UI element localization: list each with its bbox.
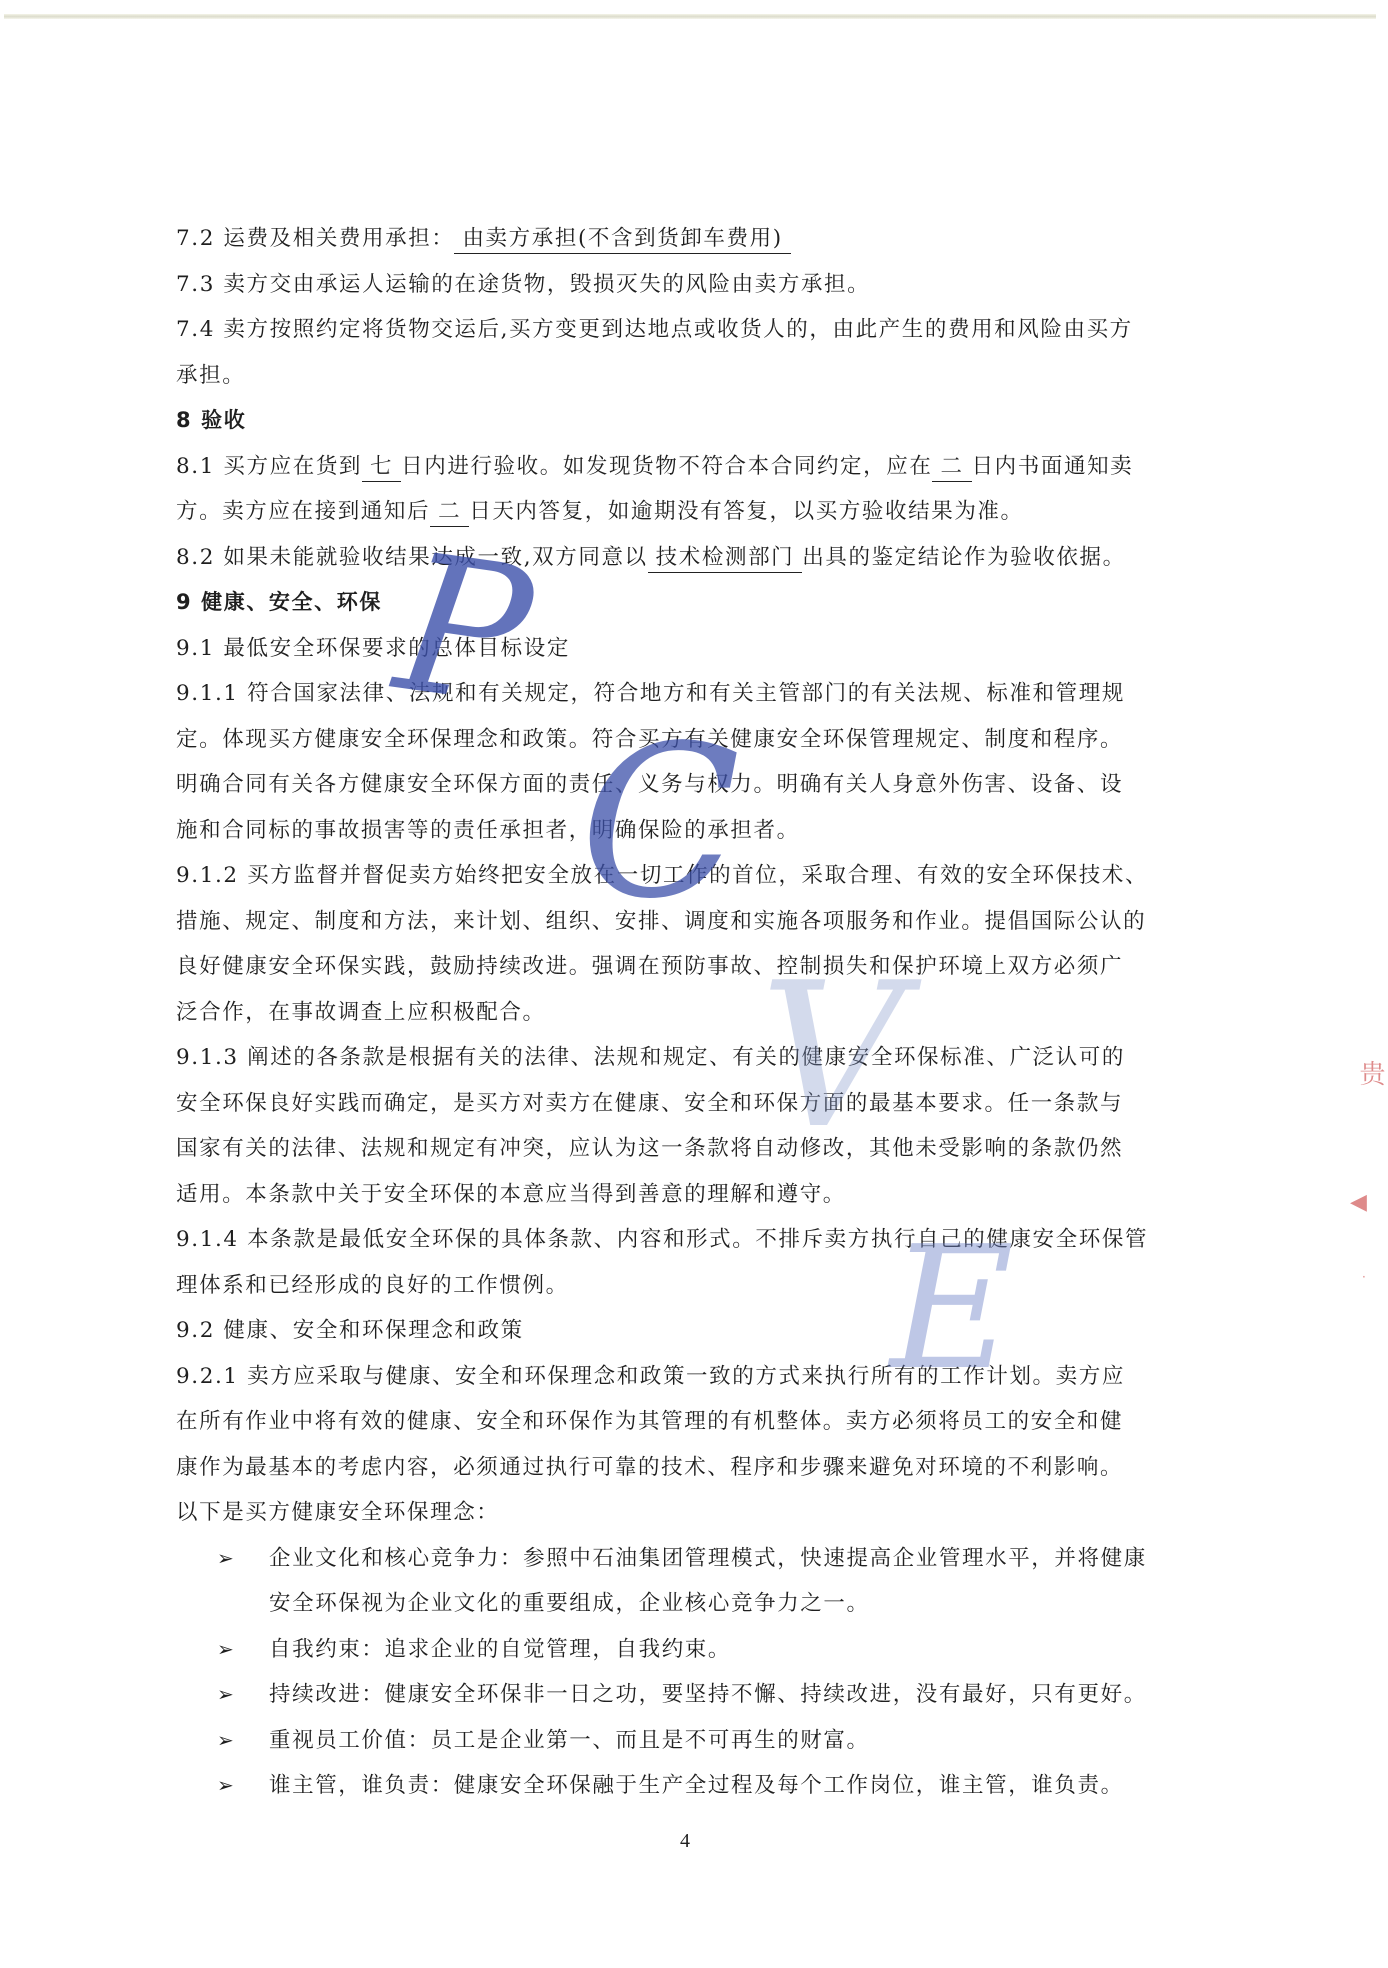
clause-9-2-1-cont: 康作为最基本的考虑内容，必须通过执行可靠的技术、程序和步骤来避免对环境的不利影响…: [176, 1445, 1208, 1491]
seal-fragment-dot-icon: ·: [1362, 1270, 1366, 1284]
inspection-authority-field: 技术检测部门: [648, 544, 803, 573]
clause-9-1: 9.1 最低安全环保要求的总体目标设定: [176, 626, 1208, 672]
clause-8-1: 8.1 买方应在货到七日内进行验收。如发现货物不符合本合同约定，应在二日内书面通…: [176, 444, 1208, 490]
clause-9-1-1-cont: 施和合同标的事故损害等的责任承担者，明确保险的承担者。: [176, 808, 1208, 854]
page-number: 4: [680, 1830, 690, 1853]
clause-label: 7.2 运费及相关费用承担：: [176, 226, 454, 251]
text-run: 日内书面通知卖: [972, 454, 1134, 479]
clause-9-1-1: 9.1.1 符合国家法律、法规和有关规定，符合地方和有关主管部门的有关法规、标准…: [176, 671, 1208, 717]
arrow-bullet-icon: ➢: [217, 1718, 235, 1764]
inspection-days-field: 七: [362, 453, 401, 482]
clause-9-1-4: 9.1.4 本条款是最低安全环保的具体条款、内容和形式。不排斥卖方执行自己的健康…: [176, 1217, 1208, 1263]
reply-days-field: 二: [430, 498, 469, 527]
text-run: 日天内答复，如逾期没有答复，以买方验收结果为准。: [469, 499, 1023, 524]
philosophy-list: ➢企业文化和核心竞争力：参照中石油集团管理模式，快速提高企业管理水平，并将健康 …: [176, 1536, 1208, 1809]
page-body: 7.2 运费及相关费用承担：由卖方承担(不含到货卸车费用) 7.3 卖方交由承运…: [176, 216, 1208, 1809]
clause-9-1-1-cont: 明确合同有关各方健康安全环保方面的责任、义务与权力。明确有关人身意外伤害、设备、…: [176, 762, 1208, 808]
clause-9-1-3-cont: 适用。本条款中关于安全环保的本意应当得到善意的理解和遵守。: [176, 1172, 1208, 1218]
text-run: 8.1 买方应在货到: [176, 454, 362, 479]
clause-9-1-3-cont: 国家有关的法律、法规和规定有冲突，应认为这一条款将自动修改，其他未受影响的条款仍…: [176, 1126, 1208, 1172]
clause-9-1-2-cont: 措施、规定、制度和方法，来计划、组织、安排、调度和实施各项服务和作业。提倡国际公…: [176, 899, 1208, 945]
list-item-text: 自我约束：追求企业的自觉管理，自我约束。: [269, 1637, 731, 1662]
clause-9-1-1-cont: 定。体现买方健康安全环保理念和政策。符合买方有关健康安全环保管理规定、制度和程序…: [176, 717, 1208, 763]
list-item: ➢企业文化和核心竞争力：参照中石油集团管理模式，快速提高企业管理水平，并将健康: [176, 1536, 1208, 1582]
section-8-heading: 8 验收: [176, 398, 1208, 444]
clause-9-1-4-cont: 理体系和已经形成的良好的工作惯例。: [176, 1263, 1208, 1309]
list-item-text: 企业文化和核心竞争力：参照中石油集团管理模式，快速提高企业管理水平，并将健康: [269, 1546, 1147, 1571]
freight-bearer-field: 由卖方承担(不含到货卸车费用): [454, 225, 790, 254]
list-item: ➢自我约束：追求企业的自觉管理，自我约束。: [176, 1627, 1208, 1673]
philosophy-intro: 以下是买方健康安全环保理念：: [176, 1490, 1208, 1536]
clause-9-2-1: 9.2.1 卖方应采取与健康、安全和环保理念和政策一致的方式来执行所有的工作计划…: [176, 1354, 1208, 1400]
clause-7-3: 7.3 卖方交由承运人运输的在途货物，毁损灭失的风险由卖方承担。: [176, 262, 1208, 308]
text-run: 日内进行验收。如发现货物不符合本合同约定，应在: [401, 454, 932, 479]
notice-days-field: 二: [932, 453, 971, 482]
arrow-bullet-icon: ➢: [217, 1672, 235, 1718]
list-item-text: 重视员工价值：员工是企业第一、而且是不可再生的财富。: [269, 1728, 870, 1753]
text-run: 8.2 如果未能就验收结果达成一致,双方同意以: [176, 545, 648, 570]
clause-9-1-2: 9.1.2 买方监督并督促卖方始终把安全放在一切工作的首位，采取合理、有效的安全…: [176, 853, 1208, 899]
seal-fragment-triangle-icon: ◀: [1350, 1190, 1367, 1215]
list-item-text: 持续改进：健康安全环保非一日之功，要坚持不懈、持续改进，没有最好，只有更好。: [269, 1682, 1147, 1707]
list-item: ➢重视员工价值：员工是企业第一、而且是不可再生的财富。: [176, 1718, 1208, 1764]
clause-8-1-cont: 方。卖方应在接到通知后二日天内答复，如逾期没有答复，以买方验收结果为准。: [176, 489, 1208, 535]
section-9-heading: 9 健康、安全、环保: [176, 580, 1208, 626]
clause-7-2: 7.2 运费及相关费用承担：由卖方承担(不含到货卸车费用): [176, 216, 1208, 262]
clause-9-1-3: 9.1.3 阐述的各条款是根据有关的法律、法规和规定、有关的健康安全环保标准、广…: [176, 1035, 1208, 1081]
list-item: ➢谁主管，谁负责：健康安全环保融于生产全过程及每个工作岗位，谁主管，谁负责。: [176, 1763, 1208, 1809]
text-run: 出具的鉴定结论作为验收依据。: [802, 545, 1125, 570]
list-item-text: 谁主管，谁负责：健康安全环保融于生产全过程及每个工作岗位，谁主管，谁负责。: [269, 1773, 1124, 1798]
clause-7-4: 7.4 卖方按照约定将货物交运后,买方变更到达地点或收货人的，由此产生的费用和风…: [176, 307, 1208, 353]
clause-9-1-2-cont: 泛合作，在事故调查上应积极配合。: [176, 990, 1208, 1036]
arrow-bullet-icon: ➢: [217, 1627, 235, 1673]
clause-9-1-2-cont: 良好健康安全环保实践，鼓励持续改进。强调在预防事故、控制损失和保护环境上双方必须…: [176, 944, 1208, 990]
clause-7-4-cont: 承担。: [176, 353, 1208, 399]
scan-border: [4, 14, 1376, 19]
clause-9-2-1-cont: 在所有作业中将有效的健康、安全和环保作为其管理的有机整体。卖方必须将员工的安全和…: [176, 1399, 1208, 1445]
text-run: 方。卖方应在接到通知后: [176, 499, 430, 524]
clause-9-2: 9.2 健康、安全和环保理念和政策: [176, 1308, 1208, 1354]
clause-8-2: 8.2 如果未能就验收结果达成一致,双方同意以技术检测部门出具的鉴定结论作为验收…: [176, 535, 1208, 581]
arrow-bullet-icon: ➢: [217, 1536, 235, 1582]
seal-fragment-icon: 贵: [1352, 1060, 1388, 1086]
list-item: ➢持续改进：健康安全环保非一日之功，要坚持不懈、持续改进，没有最好，只有更好。: [176, 1672, 1208, 1718]
arrow-bullet-icon: ➢: [217, 1763, 235, 1809]
clause-9-1-3-cont: 安全环保良好实践而确定，是买方对卖方在健康、安全和环保方面的最基本要求。任一条款…: [176, 1081, 1208, 1127]
list-item-cont: 安全环保视为企业文化的重要组成，企业核心竞争力之一。: [176, 1581, 1208, 1627]
